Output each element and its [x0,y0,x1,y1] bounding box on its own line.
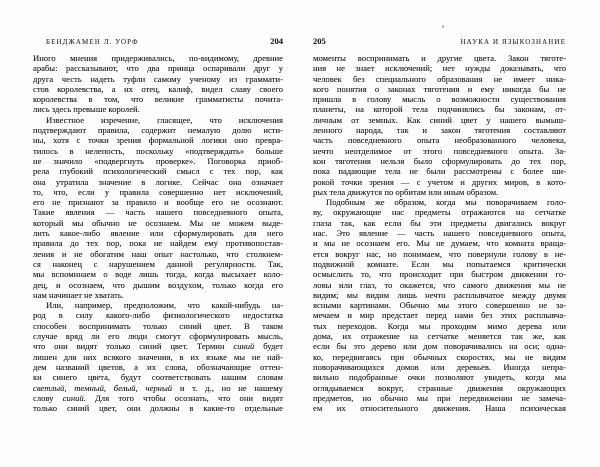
running-head-left: БЕНДЖАМЕН Л. УОРФ 204 [33,36,283,46]
text-line: кого понятия о законах тяготения и ему н… [313,84,566,94]
text-line: моменты воспринимать и другие цвета. Зак… [313,53,566,63]
page-body-right: моменты воспринимать и другие цвета. Зак… [313,53,566,413]
text-line: ны, хотя с точки зрения формальной логик… [33,135,283,145]
text-line: лись здесь превыше королей. [33,104,283,114]
book-page-left: БЕНДЖАМЕН Л. УОРФ 204 Иного мнения приде… [0,0,300,467]
text-line: ся наконец с нарушением данной регулярно… [33,259,283,269]
text-line: друга честь надеть туфли самому ученому … [33,74,283,84]
page-number-left: 204 [270,36,283,46]
text-line: предметов, но обычно мы при передвижении… [313,393,566,403]
text-line: часть повседневного опыта необразованног… [313,135,566,145]
text-line: правила до тех пор, пока не найдем ему п… [33,238,283,248]
text-line: вильно подобранные очки позволяют увидет… [313,372,566,382]
text-line: личным от земных. Как синий цвет у нашег… [313,115,566,125]
running-head-right: 205 НАУКА И ЯЗЫКОЗНАНИЕ [313,36,566,46]
text-line: что они видят только синий цвет. Термин … [33,341,283,351]
text-line: мы вспоминаем о воде лишь тогда, когда в… [33,269,283,279]
text-line: стов королевства, а их отец, калиф, виде… [33,84,283,94]
text-line: ется вокруг нас, но понимаем, что поверн… [313,249,566,259]
text-line: мечаем и мир предстает перед нами без эт… [313,310,566,320]
text-line: глаза так, как если бы эти предметы двиг… [313,218,566,228]
text-line: пока падающие тела не были рассмотрены с… [313,166,566,176]
text-line: светлый, темный, белый, черный и т. д., … [33,383,283,393]
text-line: Или, например, предположим, что какой-ни… [33,300,283,310]
text-line: ясными картинами. Обычно мы этого соверш… [313,300,566,310]
page-number-right: 205 [313,36,326,46]
text-line: видим; мы видим лишь нечто расплывчатое … [313,290,566,300]
text-line: случае вряд ли его люди смогут сформулир… [33,331,283,341]
text-line: его не признают за правило и вообще его … [33,197,283,207]
running-header-title: НАУКА И ЯЗЫКОЗНАНИЕ [461,38,566,46]
text-line: рых тела движутся по орбитам или иным об… [313,187,566,197]
text-line: оглядываемся вокруг, странные движения о… [313,383,566,393]
book-page-right: 205 НАУКА И ЯЗЫКОЗНАНИЕ моменты восприни… [300,0,600,467]
text-line: нас. Это явление — часть нашего повседне… [313,228,566,238]
text-line: Известное изречение, гласящее, что исклю… [33,115,283,125]
text-line: лить какое-либо явление или сформулирова… [33,228,283,238]
text-line: нечто неотделимое от этого повседневного… [313,146,566,156]
text-line: тых переходов. Когда мы проходим мимо де… [313,321,566,331]
book-scan: БЕНДЖАМЕН Л. УОРФ 204 Иного мнения приде… [0,0,600,467]
text-line: поворачивающихся домов или деревьев. Ино… [313,362,566,372]
text-line: рела глубокий психологический смысл с те… [33,166,283,176]
text-line: дем названий цветов, а их слова, обознач… [33,362,283,372]
text-line: арабы: рассказывают, что два принца оспа… [33,63,283,73]
text-line: ления и не обогатим наш опыт настолько, … [33,249,283,259]
text-line: ем их относительного движения. Наша псих… [313,403,566,413]
text-line: только синий цвет, они должны в какие-то… [33,403,283,413]
scan-speck-artifact [442,25,444,28]
text-line: Иного мнения придерживались, по-видимому… [33,53,283,63]
text-line: тилось в нелепость, поскольку «подтвержд… [33,146,283,156]
text-line: ву, окружающие нас предметы отражаются н… [313,207,566,217]
text-line: ко, передвигаясь при обычных скоростях, … [313,352,566,362]
text-line: подтверждают правила, содержит немалую д… [33,125,283,135]
text-line: Такие явления — часть нашего повседневно… [33,207,283,217]
text-line: рокой точки зрения — с учетом и других м… [313,177,566,187]
text-line: ленного народа, так и закон тяготения со… [313,125,566,135]
text-line: ки синего цвета, будут соответствовать н… [33,372,283,382]
text-line: она утратила значение в логике. Сейчас о… [33,177,283,187]
running-header-author: БЕНДЖАМЕН Л. УОРФ [46,38,139,46]
text-line: ловы или глаз, то окажется, что самого д… [313,280,566,290]
text-line: лишен для них всякого значения, в их язы… [33,352,283,362]
text-line: не значило «подвергнуть проверке». Погов… [33,156,283,166]
text-line: осмыслить то, что происходит при быстром… [313,269,566,279]
text-line: то, что, если у правила совершенно нет и… [33,187,283,197]
text-line: род в силу какого-либо физиологического … [33,310,283,320]
text-line: и мы не осознаем его. Мы не думаем, что … [313,238,566,248]
text-line: подвижной комнате. Если мы попытаемся кр… [313,259,566,269]
page-body-left: Иного мнения придерживались, по-видимому… [33,53,283,413]
text-line: дома, их отражение на сетчатке меняется … [313,331,566,341]
text-line: способен воспринимать только синий цвет.… [33,321,283,331]
text-line: ния не знает исключений; нет нужды доказ… [313,63,566,73]
text-line: королевства в том, что великие грамматис… [33,94,283,104]
text-line: кон тяготения нельзя было сформулировать… [313,156,566,166]
text-line: дец, и осознаем, что дышим воздухом, тол… [33,280,283,290]
text-line: нам начинает не хватать. [33,290,283,300]
text-line: Подобным же образом, когда мы поворачива… [313,197,566,207]
text-line: который мы обычно не осознаем. Мы не мож… [33,218,283,228]
text-line: если бы это дерево или дом поворачивалис… [313,341,566,351]
text-line: планеты, на которой тела подчинялись бы … [313,104,566,114]
text-line: слову синий. Для того чтобы осознать, чт… [33,393,283,403]
text-line: пришла в голову мысль о возможности суще… [313,94,566,104]
text-line: человек без специального образования не … [313,74,566,84]
